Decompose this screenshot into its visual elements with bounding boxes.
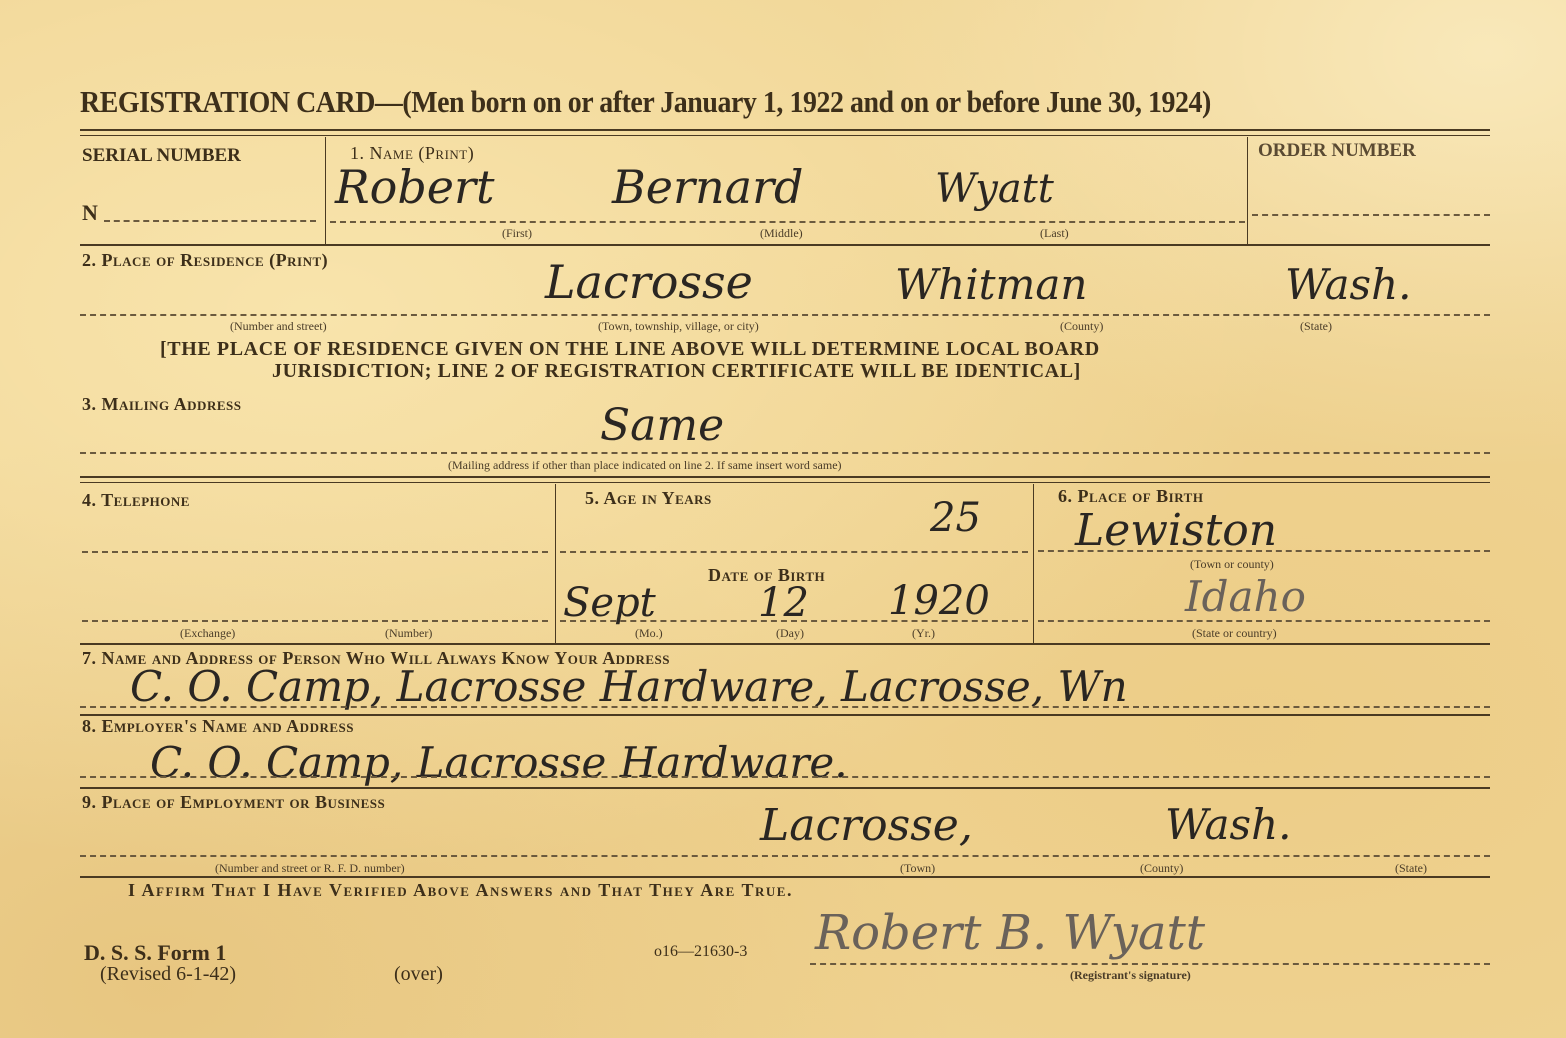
serial-number-field[interactable] [104, 220, 316, 222]
birthplace-state-value[interactable]: Idaho [1185, 572, 1306, 621]
signature-line [810, 963, 1490, 965]
contact-field-line [80, 706, 1490, 708]
contact-value[interactable]: C. O. Camp, Lacrosse Hardware, Lacrosse,… [130, 662, 1128, 711]
affirmation-text: I Affirm That I Have Verified Above Answ… [128, 880, 793, 901]
birthplace-town-line [1038, 550, 1490, 552]
name-field-line [330, 221, 1245, 223]
row-rule-2 [80, 482, 1490, 483]
name-first-caption: (First) [502, 226, 532, 241]
serial-number-label: SERIAL NUMBER [82, 145, 241, 167]
employment-field-line [80, 855, 1490, 857]
telephone-exchange-caption: (Exchange) [180, 626, 235, 641]
over-note: (over) [394, 963, 443, 986]
dob-field-line [560, 620, 1028, 622]
order-number-label: ORDER NUMBER [1258, 140, 1416, 162]
residence-county-caption: (County) [1060, 319, 1103, 334]
dob-day-caption: (Day) [776, 626, 804, 641]
birthplace-label: 6. Place of Birth [1058, 486, 1203, 507]
divider [555, 484, 556, 644]
residence-county-value[interactable]: Whitman [895, 260, 1087, 309]
row-rule [80, 787, 1490, 789]
divider [1247, 137, 1248, 245]
mailing-label: 3. Mailing Address [82, 394, 241, 415]
employer-label: 8. Employer's Name and Address [82, 716, 354, 737]
residence-state-caption: (State) [1300, 319, 1332, 334]
employment-county-value[interactable]: Wash. [1165, 800, 1292, 849]
birthplace-state-line [1038, 620, 1490, 622]
residence-notice-line1: [THE PLACE OF RESIDENCE GIVEN ON THE LIN… [160, 338, 1100, 361]
age-field-line [560, 551, 1028, 553]
divider [325, 137, 326, 245]
row-rule [80, 476, 1490, 478]
telephone-number-caption: (Number) [385, 626, 432, 641]
residence-town-caption: (Town, township, village, or city) [598, 319, 759, 334]
signature-caption: (Registrant's signature) [1070, 968, 1191, 983]
residence-label: 2. Place of Residence (Print) [82, 250, 328, 271]
telephone-exchange-field[interactable] [82, 551, 548, 553]
residence-town-value[interactable]: Lacrosse [545, 255, 753, 309]
employment-state-caption: (State) [1395, 861, 1427, 876]
title-rule [80, 129, 1490, 131]
name-middle-caption: (Middle) [760, 226, 803, 241]
employment-town-value[interactable]: Lacrosse, [760, 800, 973, 851]
residence-notice-line2: JURISDICTION; LINE 2 OF REGISTRATION CER… [272, 360, 1081, 383]
dob-year-value[interactable]: 1920 [888, 578, 990, 624]
serial-number-prefix: N [82, 200, 98, 226]
form-revised: (Revised 6-1-42) [100, 963, 236, 986]
name-last-value[interactable]: Wyatt [935, 166, 1054, 212]
age-label: 5. Age in Years [585, 488, 712, 509]
name-last-caption: (Last) [1040, 226, 1069, 241]
age-value[interactable]: 25 [930, 495, 981, 541]
signature-value[interactable]: Robert B. Wyatt [815, 905, 1205, 961]
title-rule-2 [80, 135, 1490, 136]
employment-town-caption: (Town) [900, 861, 935, 876]
mailing-value[interactable]: Same [600, 400, 724, 451]
birthplace-town-value[interactable]: Lewiston [1075, 505, 1277, 556]
card-title: REGISTRATION CARD—(Men born on or after … [80, 84, 1211, 120]
employer-field-line [80, 776, 1490, 778]
row-rule [80, 244, 1490, 246]
telephone-label: 4. Telephone [82, 490, 190, 511]
residence-state-value[interactable]: Wash. [1285, 260, 1412, 309]
residence-street-caption: (Number and street) [230, 319, 327, 334]
name-middle-value[interactable]: Bernard [612, 160, 804, 214]
birthplace-town-caption: (Town or county) [1190, 557, 1274, 572]
telephone-number-field[interactable] [82, 620, 548, 622]
row-rule [80, 876, 1490, 878]
dob-year-caption: (Yr.) [912, 626, 935, 641]
divider [1033, 484, 1034, 644]
form-code: o16—21630-3 [654, 943, 747, 961]
birthplace-state-caption: (State or country) [1192, 626, 1277, 641]
employer-value[interactable]: C. O. Camp, Lacrosse Hardware. [150, 738, 848, 787]
name-first-value[interactable]: Robert [335, 160, 494, 214]
dob-month-caption: (Mo.) [635, 626, 663, 641]
mailing-field-line [80, 452, 1490, 454]
order-number-field[interactable] [1252, 214, 1490, 216]
employment-county-caption: (County) [1140, 861, 1183, 876]
mailing-caption: (Mailing address if other than place ind… [448, 458, 842, 473]
row-rule [80, 643, 1490, 645]
employment-label: 9. Place of Employment or Business [82, 792, 385, 813]
residence-field-line [80, 314, 1490, 316]
employment-street-caption: (Number and street or R. F. D. number) [215, 861, 405, 876]
